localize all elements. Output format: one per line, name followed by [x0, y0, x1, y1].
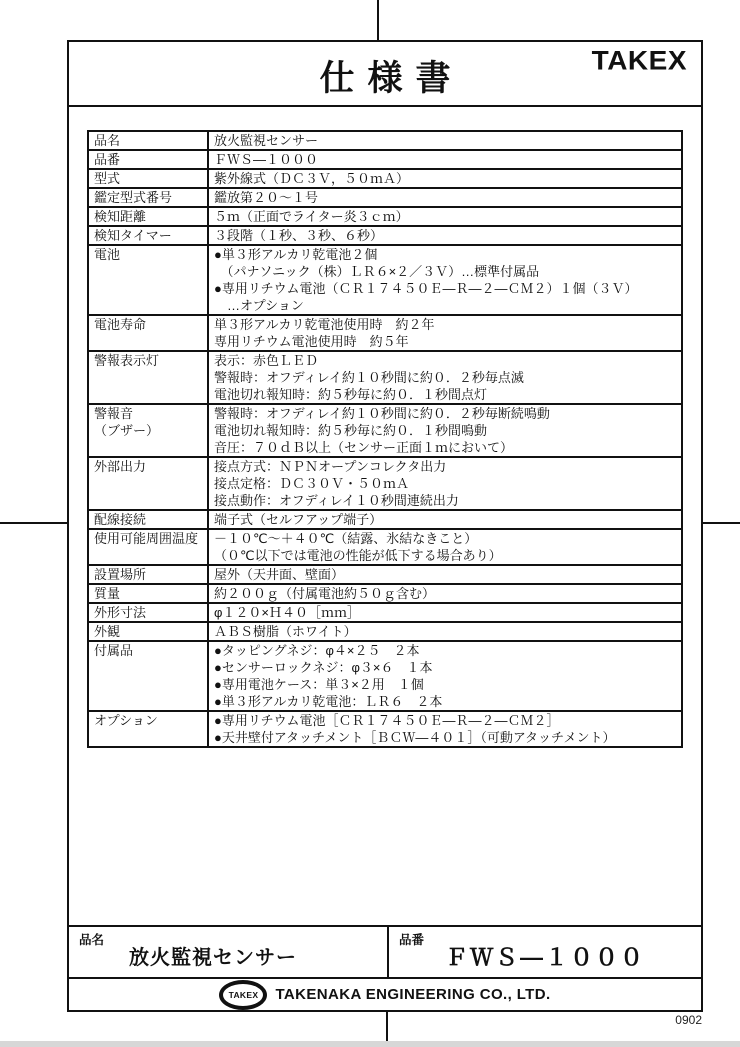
spec-table-row: 警報音（ブザー）警報時：オフディレイ約１０秒間に約０．２秒毎断続鳴動電池切れ報知… [88, 404, 682, 457]
spec-label-cell: 検知タイマー [88, 226, 208, 245]
spec-table-row: 外形寸法φ１２０×Ｈ４０［ｍｍ］ [88, 603, 682, 622]
spec-table: 品名放火監視センサー品番ＦＷＳ—１０００型式紫外線式（ＤＣ３Ｖ，５０ｍＡ）鑑定型… [87, 130, 683, 748]
spec-table-row: 付属品●タッピングネジ：φ４×２５ ２本●センサーロックネジ：φ３×６ １本●専… [88, 641, 682, 711]
spec-label-cell: 設置場所 [88, 565, 208, 584]
spec-value-cell: ３段階（１秒、３秒、６秒） [208, 226, 682, 245]
spec-table-row: 警報表示灯表示：赤色ＬＥＤ警報時：オフディレイ約１０秒間に約０．２秒毎点滅電池切… [88, 351, 682, 404]
spec-label-cell: 検知距離 [88, 207, 208, 226]
spec-value-cell: 紫外線式（ＤＣ３Ｖ，５０ｍＡ） [208, 169, 682, 188]
spec-table-row: 検知距離５ｍ（正面でライター炎３ｃｍ） [88, 207, 682, 226]
crop-mark-left [0, 522, 68, 524]
spec-label-cell: 外形寸法 [88, 603, 208, 622]
document-page: 仕様書 TAKEX 品名放火監視センサー品番ＦＷＳ—１０００型式紫外線式（ＤＣ３… [67, 40, 703, 1012]
spec-label-cell: 警報音（ブザー） [88, 404, 208, 457]
spec-value-cell: 屋外（天井面、壁面） [208, 565, 682, 584]
spec-table-row: 品番ＦＷＳ—１０００ [88, 150, 682, 169]
spec-value-cell: ＦＷＳ—１０００ [208, 150, 682, 169]
spec-label-cell: 使用可能周囲温度 [88, 529, 208, 565]
footer-company-strip: TAKEX TAKENAKA ENGINEERING CO., LTD. [69, 979, 701, 1010]
spec-label-cell: 鑑定型式番号 [88, 188, 208, 207]
spec-label-cell: 型式 [88, 169, 208, 188]
doc-code: 0902 [662, 1013, 702, 1027]
crop-mark-top [377, 0, 379, 41]
spec-value-cell: 単３形アルカリ乾電池使用時 約２年専用リチウム電池使用時 約５年 [208, 315, 682, 351]
spec-value-cell: φ１２０×Ｈ４０［ｍｍ］ [208, 603, 682, 622]
spec-table-row: 使用可能周囲温度－１０℃～＋４０℃（結露、氷結なきこと）（０℃以下では電池の性能… [88, 529, 682, 565]
footer-model-cell: 品番 ＦＷＳ—１０００ [389, 927, 701, 977]
spec-value-cell: 放火監視センサー [208, 131, 682, 150]
spec-table-row: 鑑定型式番号鑑放第２０～１号 [88, 188, 682, 207]
spec-table-row: 型式紫外線式（ＤＣ３Ｖ，５０ｍＡ） [88, 169, 682, 188]
spec-value-cell: ＡＢＳ樹脂（ホワイト） [208, 622, 682, 641]
spec-table-row: 電池寿命単３形アルカリ乾電池使用時 約２年専用リチウム電池使用時 約５年 [88, 315, 682, 351]
footer-product-name-value: 放火監視センサー [129, 941, 297, 970]
spec-table-row: 外観ＡＢＳ樹脂（ホワイト） [88, 622, 682, 641]
document-footer: 品名 放火監視センサー 品番 ＦＷＳ—１０００ TAKEX TAKENAKA E… [69, 925, 701, 1010]
spec-table-body: 品名放火監視センサー品番ＦＷＳ—１０００型式紫外線式（ＤＣ３Ｖ，５０ｍＡ）鑑定型… [88, 131, 682, 747]
takex-oval-logo-icon: TAKEX [219, 980, 267, 1010]
spec-table-row: 質量約２００ｇ（付属電池約５０ｇ含む） [88, 584, 682, 603]
footer-product-name-label: 品名 [79, 930, 104, 948]
spec-label-cell: オプション [88, 711, 208, 747]
spec-value-cell: 鑑放第２０～１号 [208, 188, 682, 207]
spec-label-cell: 品番 [88, 150, 208, 169]
spec-label-cell: 電池寿命 [88, 315, 208, 351]
spec-value-cell: 端子式（セルフアップ端子） [208, 510, 682, 529]
spec-value-cell: ●単３形アルカリ乾電池２個 （パナソニック（株）ＬＲ６×２／３Ｖ）…標準付属品●… [208, 245, 682, 315]
spec-value-cell: －１０℃～＋４０℃（結露、氷結なきこと）（０℃以下では電池の性能が低下する場合あ… [208, 529, 682, 565]
spec-value-cell: ５ｍ（正面でライター炎３ｃｍ） [208, 207, 682, 226]
spec-label-cell: 付属品 [88, 641, 208, 711]
spec-table-row: 電池●単３形アルカリ乾電池２個 （パナソニック（株）ＬＲ６×２／３Ｖ）…標準付属… [88, 245, 682, 315]
spec-label-cell: 外観 [88, 622, 208, 641]
spec-table-row: 配線接続端子式（セルフアップ端子） [88, 510, 682, 529]
spec-label-cell: 外部出力 [88, 457, 208, 510]
footer-product-name-cell: 品名 放火監視センサー [69, 927, 389, 977]
company-name: TAKENAKA ENGINEERING CO., LTD. [275, 986, 550, 1003]
spec-value-cell: 警報時：オフディレイ約１０秒間に約０．２秒毎断続鳴動電池切れ報知時：約５秒毎に約… [208, 404, 682, 457]
spec-table-row: 外部出力接点方式：ＮＰＮオープンコレクタ出力接点定格：ＤＣ３０Ｖ・５０ｍＡ接点動… [88, 457, 682, 510]
crop-mark-right [702, 522, 740, 524]
spec-value-cell: 接点方式：ＮＰＮオープンコレクタ出力接点定格：ＤＣ３０Ｖ・５０ｍＡ接点動作：オフ… [208, 457, 682, 510]
spec-table-row: 品名放火監視センサー [88, 131, 682, 150]
crop-mark-bottom [386, 1012, 388, 1042]
spec-label-cell: 警報表示灯 [88, 351, 208, 404]
spec-table-row: 検知タイマー３段階（１秒、３秒、６秒） [88, 226, 682, 245]
spec-label-cell: 電池 [88, 245, 208, 315]
footer-model-value: ＦＷＳ—１０００ [389, 939, 701, 972]
spec-value-cell: 約２００ｇ（付属電池約５０ｇ含む） [208, 584, 682, 603]
scanned-spec-sheet: { "page": { "title": "仕様書", "brand": "TA… [0, 0, 740, 1047]
document-header: 仕様書 TAKEX [69, 42, 701, 107]
spec-value-cell: 表示：赤色ＬＥＤ警報時：オフディレイ約１０秒間に約０．２秒毎点滅電池切れ報知時：… [208, 351, 682, 404]
spec-label-cell: 質量 [88, 584, 208, 603]
brand-logo: TAKEX [592, 46, 687, 76]
spec-label-cell: 品名 [88, 131, 208, 150]
spec-label-cell: 配線接続 [88, 510, 208, 529]
scan-edge-shadow [0, 1041, 740, 1047]
spec-table-row: オプション●専用リチウム電池［ＣＲ１７４５０Ｅ—Ｒ—２—ＣＭ２］●天井壁付アタッ… [88, 711, 682, 747]
footer-title-block: 品名 放火監視センサー 品番 ＦＷＳ—１０００ [69, 927, 701, 979]
spec-table-row: 設置場所屋外（天井面、壁面） [88, 565, 682, 584]
spec-value-cell: ●タッピングネジ：φ４×２５ ２本●センサーロックネジ：φ３×６ １本●専用電池… [208, 641, 682, 711]
spec-value-cell: ●専用リチウム電池［ＣＲ１７４５０Ｅ—Ｒ—２—ＣＭ２］●天井壁付アタッチメント［… [208, 711, 682, 747]
